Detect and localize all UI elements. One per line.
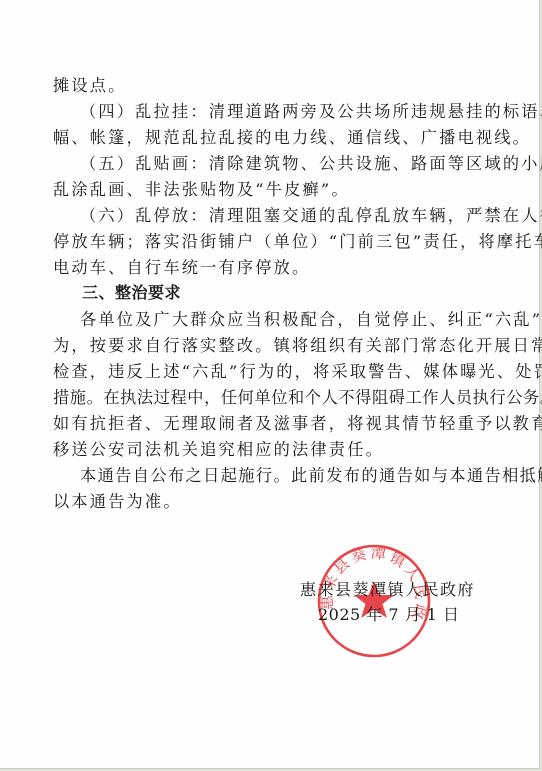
official-seal-stamp: 惠来县葵潭镇人民政府 [316, 543, 432, 659]
section-heading: 三、整治要求 [82, 283, 522, 303]
paragraph-line: 以本通告为准。 [53, 492, 493, 512]
text-line: 电动车、自行车统一有序停放。 [53, 258, 493, 278]
text-line-item-five: （五）乱贴画：清除建筑物、公共设施、路面等区域的小广告、 [80, 154, 495, 174]
issuer-name: 惠来县葵潭镇人民政府 [300, 580, 475, 600]
paragraph-line: 为，按要求自行落实整改。镇将组织有关部门常态化开展日常监督 [53, 336, 493, 356]
paragraph-line: 移送公安司法机关追究相应的法律责任。 [53, 440, 493, 460]
text-line-item-six: （六）乱停放：清理阻塞交通的乱停乱放车辆，严禁在人行道 [80, 206, 495, 226]
paragraph-line: 如有抗拒者、无理取闹者及滋事者，将视其情节轻重予以教育，或 [53, 414, 493, 434]
document-page: 摊设点。 （四）乱拉挂：清理道路两旁及公共场所违规悬挂的标语、横 幅、帐篷，规范… [0, 0, 540, 769]
paragraph-line: 各单位及广大群众应当积极配合，自觉停止、纠正“六乱”行 [80, 310, 495, 330]
paragraph-line: 本通告自公布之日起施行。此前发布的通告如与本通告相抵触， [80, 466, 495, 486]
issue-date: 2025 年 7 月 1 日 [318, 605, 460, 625]
text-line: 摊设点。 [53, 76, 493, 96]
text-line: 停放车辆；落实沿街铺户（单位）“门前三包”责任，将摩托车、 [53, 232, 493, 252]
paragraph-line: 措施。在执法过程中，任何单位和个人不得阻碍工作人员执行公务。 [53, 388, 493, 408]
text-line: 幅、帐篷，规范乱拉乱接的电力线、通信线、广播电视线。 [53, 128, 493, 148]
text-line: 乱涂乱画、非法张贴物及“牛皮癣”。 [53, 180, 493, 200]
paragraph-line: 检查，违反上述“六乱”行为的，将采取警告、媒体曝光、处罚等 [53, 362, 493, 382]
text-line-item-four: （四）乱拉挂：清理道路两旁及公共场所违规悬挂的标语、横 [80, 102, 495, 122]
